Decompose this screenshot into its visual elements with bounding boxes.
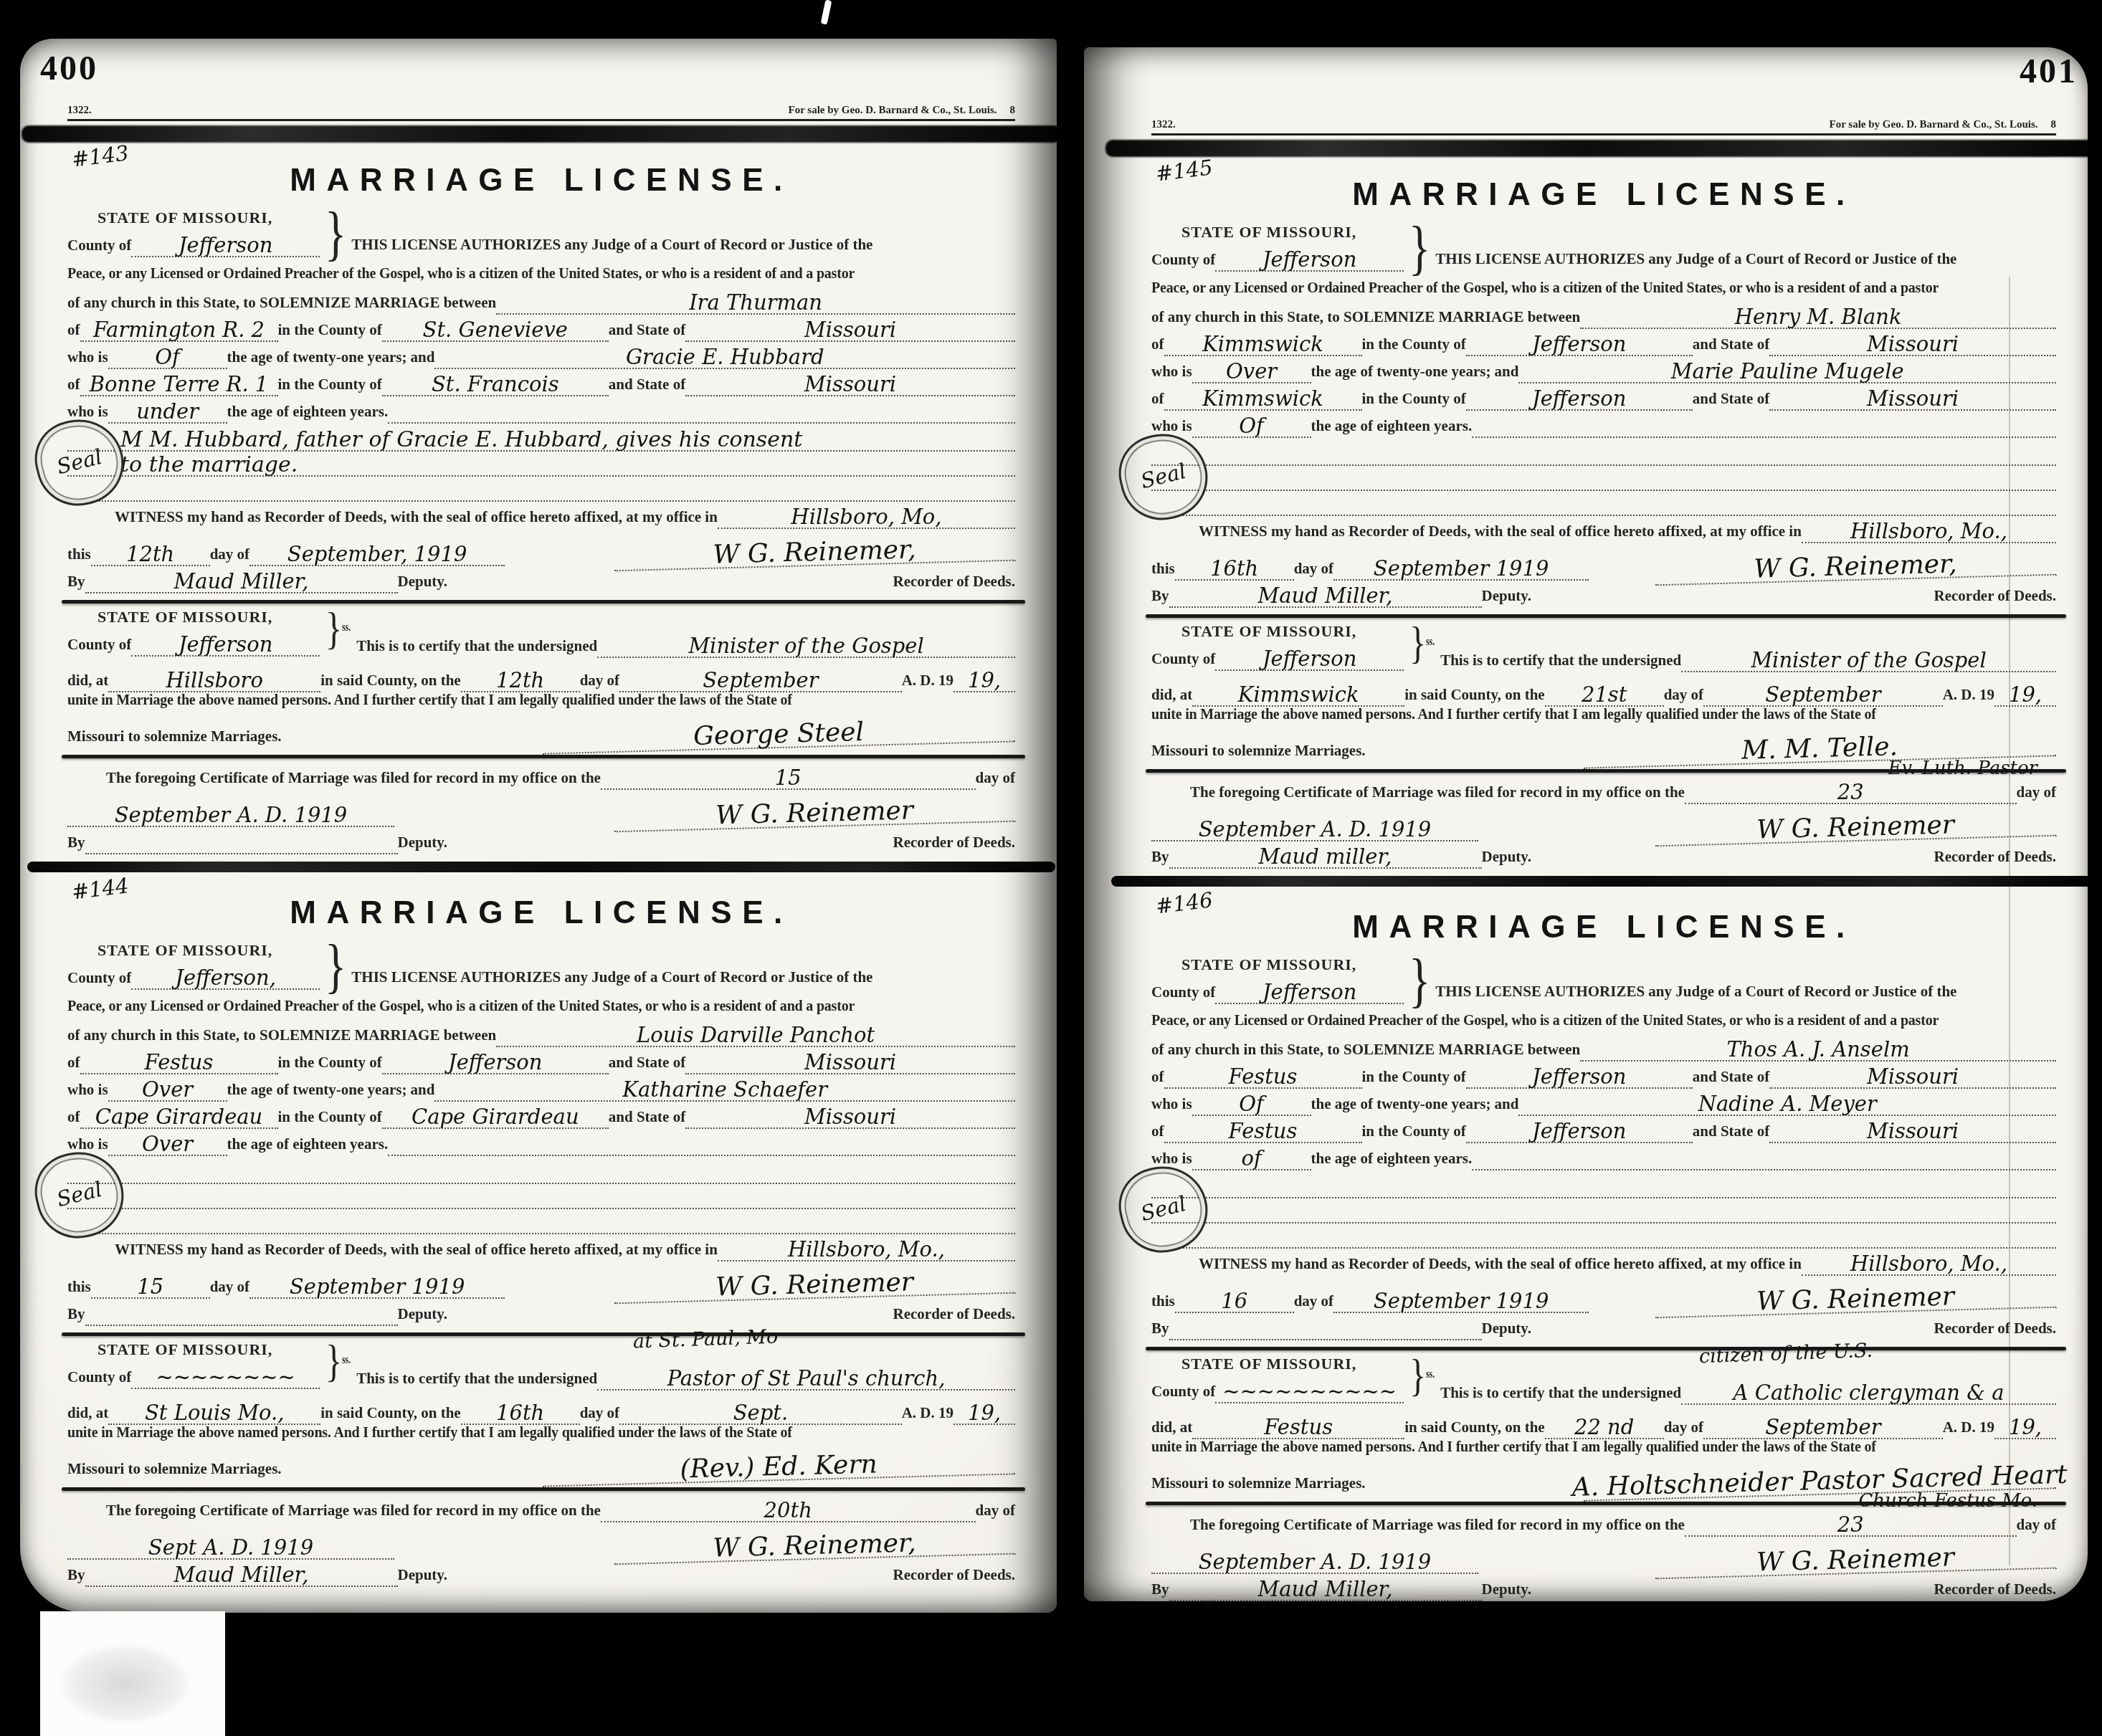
officiant-title: Pastor of St Paul's church, xyxy=(597,1365,1015,1391)
consent-note-line2: to the marriage. xyxy=(120,455,298,476)
county-of-label: County of xyxy=(1151,1383,1215,1403)
deputy-label: Deputy. xyxy=(398,1305,447,1326)
bride-age-status: of xyxy=(1192,1145,1311,1170)
ss-label: ss. xyxy=(342,1354,351,1366)
in-said-county-label: in said County, on the xyxy=(1404,686,1544,707)
groom-county: Jefferson xyxy=(382,1049,609,1074)
license-146-slot: #146 MARRIAGE LICENSE. STATE OF MISSOURI… xyxy=(1151,890,2056,1601)
groom-age-status: Over xyxy=(108,1076,227,1102)
groom-residence: Festus xyxy=(1164,1063,1362,1089)
officiant-title: A Catholic clergyman & a xyxy=(1681,1379,2056,1405)
age-18-label: the age of eighteen years. xyxy=(1311,417,1473,438)
bride-residence-line: of Cape Girardeau in the County of Cape … xyxy=(67,1102,1015,1129)
state-of-missouri-label: STATE OF MISSOURI, xyxy=(1151,1355,1404,1373)
header-rule xyxy=(1151,133,2056,135)
day-of-label: day of xyxy=(976,769,1015,790)
witness-line: WITNESS my hand as Recorder of Deeds, wi… xyxy=(67,1234,1015,1262)
who-is-label: who is xyxy=(67,1081,108,1102)
recorder-signature-block: W G. Reinemer xyxy=(1655,1540,2056,1574)
marriage-place: Festus xyxy=(1192,1413,1404,1439)
filed-deputy: Maud miller, xyxy=(1169,843,1482,869)
license-title: MARRIAGE LICENSE. xyxy=(67,147,1015,199)
state-of-missouri-label: STATE OF MISSOURI, xyxy=(1151,622,1404,641)
officiant-signature-block: M. M. Telle. Ev. Luth. Pastor xyxy=(1583,728,2056,763)
state-county-block: STATE OF MISSOURI, County of Jefferson xyxy=(67,209,320,257)
and-state-label: and State of xyxy=(1693,335,1769,356)
county-row: County of Jefferson xyxy=(1151,645,1404,671)
license-divider xyxy=(27,862,1055,872)
groom-residence-line: of Festus in the County of Jefferson and… xyxy=(1151,1062,2056,1089)
scanner-artifact xyxy=(40,1611,225,1736)
ruled-line xyxy=(1151,1173,2056,1198)
form-stock-number: 1322. xyxy=(1151,119,1176,131)
ruled-line xyxy=(67,1159,1015,1184)
witness-line: WITNESS my hand as Recorder of Deeds, wi… xyxy=(67,502,1015,529)
solemnize-signature-row: Missouri to solemnize Marriages. M. M. T… xyxy=(1151,728,2056,763)
groom-state: Missouri xyxy=(1769,1063,2056,1089)
county-row: County of Jefferson xyxy=(1151,246,1404,272)
marriage-day: 16th xyxy=(461,1399,580,1425)
witness-deputy: Maud Miller, xyxy=(1169,582,1482,608)
in-county-label: in the County of xyxy=(278,1108,382,1129)
certify-row: This is to certify that the undersigned … xyxy=(1440,622,2056,672)
county-name: Jefferson xyxy=(1215,978,1404,1004)
filed-date-row: September A. D. 1919 W G. Reinemer xyxy=(1151,806,2056,841)
and-state-label: and State of xyxy=(1693,1122,1769,1143)
county-of-label: County of xyxy=(1151,251,1215,272)
authorizes-line-1: THIS LICENSE AUTHORIZES any Judge of a C… xyxy=(1435,250,1956,271)
in-county-label: in the County of xyxy=(1362,335,1466,356)
solemnize-between-label: of any church in this State, to SOLEMNIZ… xyxy=(67,1026,496,1047)
recorder-signature: W G. Reinemer xyxy=(1654,802,2056,847)
authorizes-line-1-wrap: THIS LICENSE AUTHORIZES any Judge of a C… xyxy=(351,209,1015,257)
county-of-label: County of xyxy=(67,969,131,990)
license-144-slot: #144 MARRIAGE LICENSE. STATE OF MISSOURI… xyxy=(67,875,1015,1587)
page-content: 1322. For sale by Geo. D. Barnard & Co.,… xyxy=(1084,47,2088,1601)
filed-date: September A. D. 1919 xyxy=(67,801,394,827)
page-content: 1322. For sale by Geo. D. Barnard & Co.,… xyxy=(20,39,1057,1613)
day-of-label: day of xyxy=(2017,783,2056,804)
filed-deputy-row: By Maud Miller, Deputy. Recorder of Deed… xyxy=(1151,1574,2056,1601)
state-county-block: STATE OF MISSOURI, County of Jefferson xyxy=(1151,955,1404,1004)
officiant-signature: George Steel xyxy=(541,707,1015,754)
recorder-of-deeds-label: Recorder of Deeds. xyxy=(1934,1320,2056,1340)
marriage-day: 12th xyxy=(461,667,580,692)
recorder-of-deeds-label: Recorder of Deeds. xyxy=(1934,848,2056,869)
groom-name: Ira Thurman xyxy=(496,289,1015,315)
recorder-signature: W G. Reinemer xyxy=(1654,1274,2056,1319)
ss-label: ss. xyxy=(342,621,351,634)
state-county-block: STATE OF MISSOURI, County of Jefferson, xyxy=(67,941,320,990)
bride-name: Gracie E. Hubbard xyxy=(434,343,1015,369)
filed-day: 20th xyxy=(601,1497,976,1522)
filed-date: September A. D. 1919 xyxy=(1151,1548,1478,1574)
county-row: County of Jefferson xyxy=(1151,978,1404,1004)
bride-age-line: who is of the age of eighteen years. xyxy=(1151,1143,2056,1170)
groom-age-line: who is Of the age of twenty-one years; a… xyxy=(67,342,1015,369)
scan-shadow-band xyxy=(22,125,1057,143)
license-header: #143 MARRIAGE LICENSE. xyxy=(67,147,1015,207)
and-state-label: and State of xyxy=(609,321,685,342)
in-county-label: in the County of xyxy=(278,376,382,396)
day-of-label: day of xyxy=(1664,1418,1703,1439)
authorizes-line-1: THIS LICENSE AUTHORIZES any Judge of a C… xyxy=(1435,983,1956,1003)
recorder-signature-block: W G. Reinemer xyxy=(1655,807,2056,841)
county-row: County of ~~~~~~~~ xyxy=(67,1363,320,1389)
filed-date-row: September A. D. 1919 W G. Reinemer xyxy=(67,791,1015,827)
bride-residence-line: of Kimmswick in the County of Jefferson … xyxy=(1151,383,2056,411)
certificate-county: Jefferson xyxy=(131,631,320,657)
recorder-of-deeds-label: Recorder of Deeds. xyxy=(893,573,1015,593)
form-meta-row: 1322. For sale by Geo. D. Barnard & Co.,… xyxy=(67,105,1015,117)
section-rule xyxy=(62,600,1025,604)
deputy-label: Deputy. xyxy=(1482,1580,1531,1601)
recorder-signature-block: W G. Reinemer, xyxy=(1655,546,2056,581)
officiant-signature-line2: Ev. Luth. Pastor xyxy=(1888,760,2037,778)
by-label: By xyxy=(1151,1580,1169,1601)
groom-residence: Farmington R. 2 xyxy=(80,316,278,342)
recorder-signature-block: W G. Reinemer xyxy=(614,793,1015,827)
officiant-title: Minister of the Gospel xyxy=(1681,647,2056,672)
seal-text: Seal xyxy=(55,447,104,477)
groom-residence: Festus xyxy=(80,1049,278,1074)
in-said-county-label: in said County, on the xyxy=(320,672,460,692)
brace-glyph: }ss. xyxy=(325,1342,351,1380)
witness-deputy xyxy=(1169,1315,1482,1340)
seal-text: Seal xyxy=(1139,1194,1188,1224)
marriage-month: September xyxy=(1703,681,1943,707)
witness-day: 16th xyxy=(1175,555,1294,581)
witness-office: Hillsboro, Mo., xyxy=(718,1236,1015,1262)
in-county-label: in the County of xyxy=(1362,1122,1466,1143)
did-at-label: did, at xyxy=(1151,1418,1192,1439)
ruled-line xyxy=(67,1209,1015,1234)
deputy-group: By Maud Miller, Deputy. xyxy=(1151,582,1531,608)
filed-date: September A. D. 1919 xyxy=(1151,816,1478,841)
filed-line: The foregoing Certificate of Marriage wa… xyxy=(67,763,1015,790)
recorder-signature: W G. Reinemer xyxy=(1654,1535,2056,1580)
certify-row: citizen of the U.S. This is to certify t… xyxy=(1440,1355,2056,1405)
bride-county: Cape Girardeau xyxy=(382,1103,609,1129)
consent-area: Seal xyxy=(67,1156,1015,1234)
and-state-label: and State of xyxy=(609,1054,685,1074)
state-of-missouri-label: STATE OF MISSOURI, xyxy=(67,941,320,960)
bride-residence: Cape Girardeau xyxy=(80,1103,278,1129)
filed-label: The foregoing Certificate of Marriage wa… xyxy=(106,1502,601,1522)
solemnize-label: Missouri to solemnize Marriages. xyxy=(67,728,282,748)
state-county-block: STATE OF MISSOURI, County of Jefferson xyxy=(1151,223,1404,272)
certificate-heading: STATE OF MISSOURI, County of ~~~~~~~~ }s… xyxy=(67,1340,1015,1398)
by-label: By xyxy=(67,834,85,854)
county-row: County of Jefferson xyxy=(67,232,320,257)
authorizes-line-2: Peace, or any Licensed or Ordained Preac… xyxy=(67,266,1015,287)
of-label: of xyxy=(67,376,80,396)
brace-glyph: } xyxy=(325,209,346,259)
recorder-of-deeds-label: Recorder of Deeds. xyxy=(893,834,1015,854)
marriage-year-digits: 19, xyxy=(1994,1413,2056,1439)
marriage-month: September xyxy=(619,667,902,692)
age-21-label: the age of twenty-one years; and xyxy=(227,1081,435,1102)
day-of-label: day of xyxy=(1664,686,1703,707)
solemnize-between-label: of any church in this State, to SOLEMNIZ… xyxy=(1151,308,1580,329)
age-18-label: the age of eighteen years. xyxy=(227,403,389,424)
day-of-label: day of xyxy=(580,1404,619,1425)
groom-residence-line: of Kimmswick in the County of Jefferson … xyxy=(1151,329,2056,356)
marriage-performed-line: did, at Festus in said County, on the 22… xyxy=(1151,1412,2056,1439)
form-meta-row: 1322. For sale by Geo. D. Barnard & Co.,… xyxy=(1151,119,2056,131)
bride-name: Marie Pauline Mugele xyxy=(1518,358,2056,383)
ss-label: ss. xyxy=(1426,1368,1435,1380)
who-is-label: who is xyxy=(67,348,108,369)
who-is-label: who is xyxy=(1151,1095,1192,1116)
certificate-heading: STATE OF MISSOURI, County of Jefferson }… xyxy=(1151,622,2056,679)
of-label: of xyxy=(1151,390,1164,411)
groom-name: Louis Darville Panchot xyxy=(496,1021,1015,1047)
by-label: By xyxy=(1151,1320,1169,1340)
filed-label: The foregoing Certificate of Marriage wa… xyxy=(1190,1516,1685,1537)
witness-office: Hillsboro, Mo, xyxy=(718,503,1015,529)
vendor-text: For sale by Geo. D. Barnard & Co., St. L… xyxy=(789,105,997,117)
filed-day: 23 xyxy=(1685,778,2017,804)
blank-leader xyxy=(388,1130,1015,1156)
age-18-label: the age of eighteen years. xyxy=(1311,1150,1473,1170)
bride-residence: Kimmswick xyxy=(1164,385,1362,411)
section-rule xyxy=(1146,1347,2066,1350)
this-label: this xyxy=(67,545,91,566)
bride-state: Missouri xyxy=(1769,385,2056,411)
ad-19-label: A. D. 19 xyxy=(902,672,953,692)
day-of-label: day of xyxy=(2017,1516,2056,1537)
certify-label: This is to certify that the undersigned xyxy=(356,1370,597,1391)
witness-label: WITNESS my hand as Recorder of Deeds, wi… xyxy=(115,508,718,529)
bride-county: Jefferson xyxy=(1466,1117,1693,1143)
state-county-block: STATE OF MISSOURI, County of ~~~~~~~~ xyxy=(67,1340,320,1389)
witness-deputy-row: By Maud Miller, Deputy. Recorder of Deed… xyxy=(67,566,1015,593)
bride-state: Missouri xyxy=(685,371,1015,396)
did-at-label: did, at xyxy=(67,1404,108,1425)
recorder-signature-block: W G. Reinemer xyxy=(1655,1279,2056,1313)
groom-county: St. Genevieve xyxy=(382,316,609,342)
witness-date: September, 1919 xyxy=(249,540,505,566)
in-county-label: in the County of xyxy=(1362,390,1466,411)
filed-label: The foregoing Certificate of Marriage wa… xyxy=(1190,783,1685,804)
vendor-line: For sale by Geo. D. Barnard & Co., St. L… xyxy=(1830,119,2056,131)
scanned-register-spread: 400 1322. For sale by Geo. D. Barnard & … xyxy=(0,0,2102,1736)
license-header: #146 MARRIAGE LICENSE. xyxy=(1151,894,2056,954)
blank-leader xyxy=(388,398,1015,424)
age-18-label: the age of eighteen years. xyxy=(227,1135,389,1156)
section-rule xyxy=(1146,614,2066,618)
marriage-year-digits: 19, xyxy=(1994,681,2056,707)
scanned-page-400: 400 1322. For sale by Geo. D. Barnard & … xyxy=(20,39,1057,1613)
license-form: #145 MARRIAGE LICENSE. STATE OF MISSOURI… xyxy=(1151,157,2056,869)
deputy-group: By Maud Miller, Deputy. xyxy=(67,1561,447,1587)
bride-residence: Bonne Terre R. 1 xyxy=(80,371,278,396)
scanner-artifact xyxy=(821,0,832,25)
ruled-line xyxy=(1151,441,2056,466)
filed-deputy-row: By Maud miller, Deputy. Recorder of Deed… xyxy=(1151,841,2056,869)
section-rule xyxy=(62,1487,1025,1491)
groom-name-line: of any church in this State, to SOLEMNIZ… xyxy=(67,287,1015,315)
county-of-label: County of xyxy=(1151,983,1215,1004)
marriage-performed-line: did, at Kimmswick in said County, on the… xyxy=(1151,679,2056,707)
in-county-label: in the County of xyxy=(278,321,382,342)
state-of-missouri-label: STATE OF MISSOURI, xyxy=(67,209,320,227)
witness-date-row: this 16th day of September 1919 W G. Rei… xyxy=(1151,545,2056,581)
ruled-line xyxy=(1151,1224,2056,1249)
license-title: MARRIAGE LICENSE. xyxy=(1151,894,2056,945)
of-label: of xyxy=(67,1054,80,1074)
brace-glyph: }ss. xyxy=(1409,624,1435,662)
witness-day: 12th xyxy=(91,540,210,566)
marriage-performed-line: did, at Hillsboro in said County, on the… xyxy=(67,665,1015,692)
bride-age-line: who is under the age of eighteen years. xyxy=(67,396,1015,424)
authorizes-line-1: THIS LICENSE AUTHORIZES any Judge of a C… xyxy=(351,968,872,989)
license-header: #145 MARRIAGE LICENSE. xyxy=(1151,161,2056,221)
deputy-label: Deputy. xyxy=(398,834,447,854)
age-21-label: the age of twenty-one years; and xyxy=(1311,1095,1519,1116)
filed-date: Sept A. D. 1919 xyxy=(67,1534,394,1560)
witness-office: Hillsboro, Mo., xyxy=(1802,518,2056,543)
and-state-label: and State of xyxy=(1693,1068,1769,1089)
county-name: Jefferson xyxy=(131,232,320,257)
by-label: By xyxy=(1151,848,1169,869)
county-of-label: County of xyxy=(67,1368,131,1389)
and-state-label: and State of xyxy=(609,1108,685,1129)
deputy-group: By Maud Miller, Deputy. xyxy=(67,568,447,593)
by-label: By xyxy=(1151,587,1169,608)
certify-label: This is to certify that the undersigned xyxy=(1440,652,1681,672)
license-title: MARRIAGE LICENSE. xyxy=(67,879,1015,931)
officiant-note: at St. Paul, Mo xyxy=(633,1327,779,1351)
deputy-label: Deputy. xyxy=(1482,1320,1531,1340)
bride-residence-line: of Bonne Terre R. 1 in the County of St.… xyxy=(67,369,1015,396)
deputy-group: By Deputy. xyxy=(67,829,447,854)
groom-name-line: of any church in this State, to SOLEMNIZ… xyxy=(1151,1034,2056,1062)
witness-line: WITNESS my hand as Recorder of Deeds, wi… xyxy=(1151,516,2056,543)
consent-note-line1: M M. Hubbard, father of Gracie E. Hubbar… xyxy=(120,430,802,451)
age-21-label: the age of twenty-one years; and xyxy=(227,348,435,369)
witness-date-row: this 12th day of September, 1919 W G. Re… xyxy=(67,530,1015,566)
officiant-signature-line2: Church Festus Mo. xyxy=(1858,1492,2037,1510)
deputy-label: Deputy. xyxy=(1482,848,1531,869)
witness-date: September 1919 xyxy=(1333,555,1589,581)
witness-day: 16 xyxy=(1175,1287,1294,1313)
filed-date-row: September A. D. 1919 W G. Reinemer xyxy=(1151,1538,2056,1574)
day-of-label: day of xyxy=(1294,1292,1333,1313)
day-of-label: day of xyxy=(976,1502,1015,1522)
marriage-place: Kimmswick xyxy=(1192,681,1404,707)
witness-label: WITNESS my hand as Recorder of Deeds, wi… xyxy=(1199,1255,1802,1276)
brace-glyph: } xyxy=(1409,955,1430,1006)
ss-label: ss. xyxy=(1426,636,1435,648)
unite-line: unite in Marriage the above named person… xyxy=(67,1425,1015,1446)
ad-19-label: A. D. 19 xyxy=(1943,1418,1994,1439)
deputy-group: By Deputy. xyxy=(1151,1315,1531,1340)
groom-residence-line: of Festus in the County of Jefferson and… xyxy=(67,1047,1015,1074)
groom-age-line: who is Of the age of twenty-one years; a… xyxy=(1151,1089,2056,1116)
of-label: of xyxy=(67,1108,80,1129)
filed-deputy: Maud Miller, xyxy=(1169,1575,1482,1601)
did-at-label: did, at xyxy=(1151,686,1192,707)
groom-state: Missouri xyxy=(685,1049,1015,1074)
filed-day: 23 xyxy=(1685,1511,2017,1537)
witness-date: September 1919 xyxy=(249,1273,505,1299)
deputy-label: Deputy. xyxy=(398,573,447,593)
section-rule xyxy=(62,755,1025,758)
filed-label: The foregoing Certificate of Marriage wa… xyxy=(106,769,601,790)
authorizes-line-2: Peace, or any Licensed or Ordained Preac… xyxy=(1151,1013,2056,1034)
form-stock-number: 1322. xyxy=(67,105,92,117)
recorder-signature: W G. Reinemer, xyxy=(1654,541,2056,586)
ruled-line xyxy=(1151,1198,2056,1224)
groom-county: Jefferson xyxy=(1466,330,1693,356)
filed-day: 15 xyxy=(601,764,976,790)
certificate-heading: STATE OF MISSOURI, County of Jefferson }… xyxy=(67,608,1015,665)
county-name: Jefferson, xyxy=(131,964,320,990)
state-of-missouri-label: STATE OF MISSOURI, xyxy=(67,1340,320,1359)
witness-date: September 1919 xyxy=(1333,1287,1589,1313)
marriage-place: Hillsboro xyxy=(108,667,320,692)
bride-name: Nadine A. Meyer xyxy=(1518,1090,2056,1116)
section-rule xyxy=(62,1332,1025,1336)
brace-glyph: } xyxy=(325,941,346,992)
and-state-label: and State of xyxy=(1693,390,1769,411)
deputy-group: By Maud miller, Deputy. xyxy=(1151,843,1531,869)
license-divider xyxy=(1111,876,2088,887)
deputy-label: Deputy. xyxy=(398,1566,447,1587)
marriage-month: Sept. xyxy=(619,1399,902,1425)
filed-line: The foregoing Certificate of Marriage wa… xyxy=(1151,777,2056,804)
certify-row: at St. Paul, Mo This is to certify that … xyxy=(356,1340,1015,1391)
state-of-missouri-label: STATE OF MISSOURI, xyxy=(1151,223,1404,242)
blank-leader xyxy=(1472,1145,2056,1170)
recorder-of-deeds-label: Recorder of Deeds. xyxy=(893,1566,1015,1587)
officiant-note: citizen of the U.S. xyxy=(1699,1342,1873,1366)
groom-name: Henry M. Blank xyxy=(1580,303,2056,329)
solemnize-label: Missouri to solemnize Marriages. xyxy=(1151,1474,1366,1495)
authorizes-line-2: Peace, or any Licensed or Ordained Preac… xyxy=(1151,280,2056,302)
officiant-signature-block: A. Holtschneider Pastor Sacred Heart Chu… xyxy=(1583,1461,2056,1495)
in-county-label: in the County of xyxy=(278,1054,382,1074)
groom-name-line: of any church in this State, to SOLEMNIZ… xyxy=(1151,302,2056,329)
bride-state: Missouri xyxy=(1769,1117,2056,1143)
scan-shadow-band xyxy=(1105,140,2088,157)
age-21-label: the age of twenty-one years; and xyxy=(1311,363,1519,383)
by-label: By xyxy=(67,1566,85,1587)
in-said-county-label: in said County, on the xyxy=(320,1404,460,1425)
recorder-signature: W G. Reinemer, xyxy=(613,1520,1015,1565)
certificate-heading: STATE OF MISSOURI, County of ~~~~~~~~~~ … xyxy=(1151,1355,2056,1412)
seal-text: Seal xyxy=(1139,462,1188,492)
ruled-line: M M. Hubbard, father of Gracie E. Hubbar… xyxy=(67,426,1015,452)
certificate-county: ~~~~~~~~~~ xyxy=(1215,1378,1404,1403)
groom-age-status: Over xyxy=(1192,358,1311,383)
certify-label: This is to certify that the undersigned xyxy=(1440,1384,1681,1405)
vendor-line: For sale by Geo. D. Barnard & Co., St. L… xyxy=(789,105,1015,117)
witness-date-row: this 16 day of September 1919 W G. Reine… xyxy=(1151,1277,2056,1313)
authorizes-line-1-wrap: THIS LICENSE AUTHORIZES any Judge of a C… xyxy=(351,941,1015,989)
day-of-label: day of xyxy=(210,1278,249,1299)
groom-age-line: who is Over the age of twenty-one years;… xyxy=(1151,356,2056,383)
marriage-year-digits: 19, xyxy=(953,667,1015,692)
ruled-line: to the marriage. xyxy=(67,452,1015,477)
state-of-missouri-label: STATE OF MISSOURI, xyxy=(1151,955,1404,974)
recorder-signature: W G. Reinemer xyxy=(613,1259,1015,1305)
ruled-line xyxy=(67,477,1015,502)
state-county-block: STATE OF MISSOURI, County of Jefferson xyxy=(1151,622,1404,671)
marriage-day: 21st xyxy=(1545,681,1664,707)
